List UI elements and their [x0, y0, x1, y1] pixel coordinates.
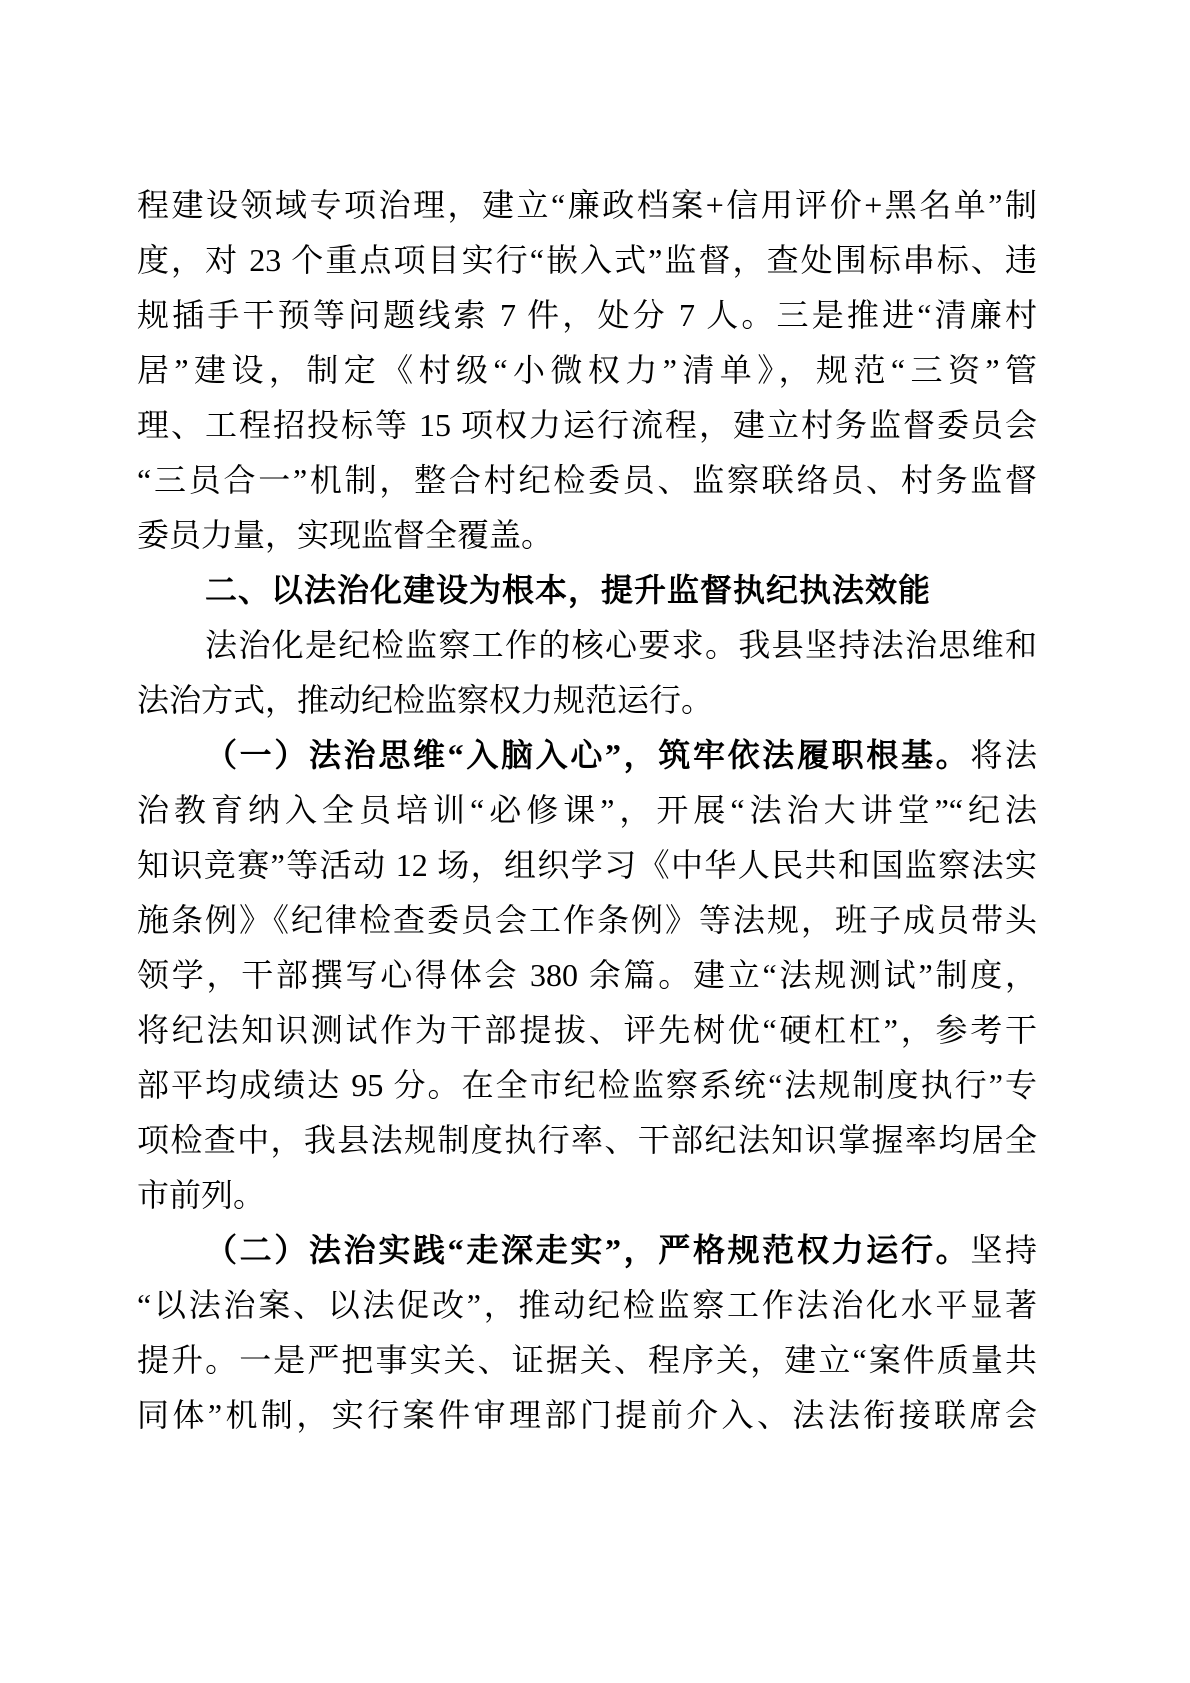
text-line: 提升。一是严把事实关、证据关、程序关，建立“案件质量共 — [137, 1333, 1037, 1388]
text-line: 同体”机制，实行案件审理部门提前介入、法法衔接联席会 — [137, 1388, 1037, 1443]
paragraph-text: 同体”机制，实行案件审理部门提前介入、法法衔接联席会 — [137, 1397, 1037, 1433]
paragraph-lead-text: （二）法治实践“走深走实”，严格规范权力运行。 — [205, 1232, 970, 1268]
paragraph-text: 提升。一是严把事实关、证据关、程序关，建立“案件质量共 — [137, 1342, 1037, 1378]
paragraph-text: “三员合一”机制，整合村纪检委员、监察联络员、村务监督 — [137, 462, 1037, 498]
text-line: 委员力量，实现监督全覆盖。 — [137, 508, 1037, 563]
text-line: 施条例》《纪律检查委员会工作条例》等法规，班子成员带头 — [137, 893, 1037, 948]
paragraph-text: 程建设领域专项治理，建立“廉政档案+信用评价+黑名单”制 — [137, 187, 1037, 223]
text-line: 将纪法知识测试作为干部提拔、评先树优“硬杠杠”，参考干 — [137, 1003, 1037, 1058]
paragraph-lead-text: （一）法治思维“入脑入心”，筑牢依法履职根基。 — [205, 737, 970, 773]
paragraph-text: 法治化是纪检监察工作的核心要求。我县坚持法治思维和 — [205, 627, 1037, 663]
section-heading: 二、以法治化建设为根本，提升监督执纪执法效能 — [137, 563, 1037, 618]
text-line: 法治化是纪检监察工作的核心要求。我县坚持法治思维和 — [137, 618, 1037, 673]
paragraph-text: 坚持 — [970, 1232, 1037, 1268]
text-line: 理、工程招投标等 15 项权力运行流程，建立村务监督委员会 — [137, 398, 1037, 453]
text-line: （一）法治思维“入脑入心”，筑牢依法履职根基。将法 — [137, 728, 1037, 783]
paragraph-text: 将纪法知识测试作为干部提拔、评先树优“硬杠杠”，参考干 — [137, 1012, 1037, 1048]
paragraph-text: 居”建设，制定《村级“小微权力”清单》，规范“三资”管 — [137, 352, 1037, 388]
paragraph-text: 法治方式，推动纪检监察权力规范运行。 — [137, 682, 713, 718]
paragraph-text: 规插手干预等问题线索 7 件，处分 7 人。三是推进“清廉村 — [137, 297, 1037, 333]
paragraph-text: 理、工程招投标等 15 项权力运行流程，建立村务监督委员会 — [137, 407, 1037, 443]
text-line: 程建设领域专项治理，建立“廉政档案+信用评价+黑名单”制 — [137, 178, 1037, 233]
paragraph-text: 项检查中，我县法规制度执行率、干部纪法知识掌握率均居全 — [137, 1122, 1037, 1158]
text-line: 项检查中，我县法规制度执行率、干部纪法知识掌握率均居全 — [137, 1113, 1037, 1168]
text-line: “以法治案、以法促改”，推动纪检监察工作法治化水平显著 — [137, 1278, 1037, 1333]
text-line: 领学，干部撰写心得体会 380 余篇。建立“法规测试”制度， — [137, 948, 1037, 1003]
document-body: 程建设领域专项治理，建立“廉政档案+信用评价+黑名单”制度，对 23 个重点项目… — [137, 178, 1037, 1443]
paragraph-text: 施条例》《纪律检查委员会工作条例》等法规，班子成员带头 — [137, 902, 1037, 938]
paragraph-text: 部平均成绩达 95 分。在全市纪检监察系统“法规制度执行”专 — [137, 1067, 1037, 1103]
paragraph-text: 治教育纳入全员培训“必修课”，开展“法治大讲堂”“纪法 — [137, 792, 1037, 828]
text-line: “三员合一”机制，整合村纪检委员、监察联络员、村务监督 — [137, 453, 1037, 508]
paragraph-text: “以法治案、以法促改”，推动纪检监察工作法治化水平显著 — [137, 1287, 1037, 1323]
paragraph-text: 委员力量，实现监督全覆盖。 — [137, 517, 553, 553]
paragraph-text: 知识竞赛”等活动 12 场，组织学习《中华人民共和国监察法实 — [137, 847, 1037, 883]
paragraph-text: 市前列。 — [137, 1177, 265, 1213]
text-line: 规插手干预等问题线索 7 件，处分 7 人。三是推进“清廉村 — [137, 288, 1037, 343]
text-line: （二）法治实践“走深走实”，严格规范权力运行。坚持 — [137, 1223, 1037, 1278]
text-line: 治教育纳入全员培训“必修课”，开展“法治大讲堂”“纪法 — [137, 783, 1037, 838]
text-line: 知识竞赛”等活动 12 场，组织学习《中华人民共和国监察法实 — [137, 838, 1037, 893]
paragraph-text: 度，对 23 个重点项目实行“嵌入式”监督，查处围标串标、违 — [137, 242, 1037, 278]
text-line: 居”建设，制定《村级“小微权力”清单》，规范“三资”管 — [137, 343, 1037, 398]
text-line: 度，对 23 个重点项目实行“嵌入式”监督，查处围标串标、违 — [137, 233, 1037, 288]
text-line: 法治方式，推动纪检监察权力规范运行。 — [137, 673, 1037, 728]
section-heading-text: 二、以法治化建设为根本，提升监督执纪执法效能 — [205, 571, 931, 609]
document-page: 程建设领域专项治理，建立“廉政档案+信用评价+黑名单”制度，对 23 个重点项目… — [0, 0, 1190, 1683]
paragraph-text: 将法 — [970, 737, 1037, 773]
text-line: 部平均成绩达 95 分。在全市纪检监察系统“法规制度执行”专 — [137, 1058, 1037, 1113]
paragraph-text: 领学，干部撰写心得体会 380 余篇。建立“法规测试”制度， — [137, 957, 1037, 993]
text-line: 市前列。 — [137, 1168, 1037, 1223]
